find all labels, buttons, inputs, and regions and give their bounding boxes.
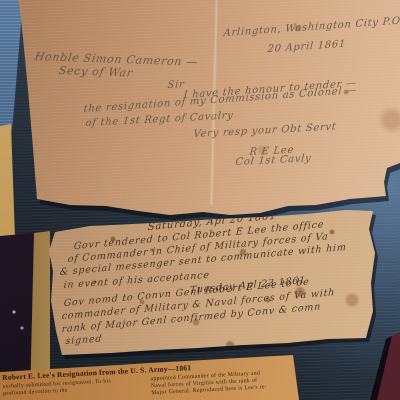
note-entry2-line-4: signed bbox=[65, 333, 102, 347]
letter-dateline-date: 20 April 1861 bbox=[267, 39, 346, 56]
framed-documents-photo: Arlington, Washington City P.O. 20 April… bbox=[0, 0, 400, 400]
letter-recipient-title: Secy of War bbox=[58, 64, 134, 80]
letter-dateline-city: Arlington, Washington City P.O. bbox=[223, 15, 400, 39]
letter-closing: Very resp your Obt Servt bbox=[193, 122, 337, 141]
letter-salutation: Sir bbox=[167, 79, 185, 91]
letter-signature-rank: Col 1st Cavly bbox=[235, 153, 312, 168]
